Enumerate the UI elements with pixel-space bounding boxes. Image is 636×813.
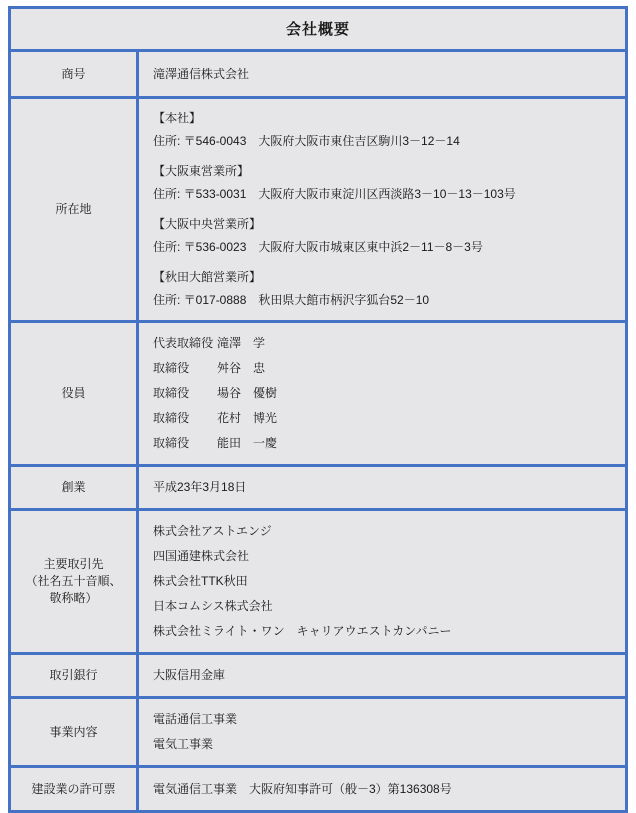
- office-address: 住所: 〒017-0888 秋田県大館市柄沢字狐台52－10: [153, 289, 615, 312]
- row-label-locations: 所在地: [11, 99, 136, 320]
- business-item: 電気工事業: [153, 732, 615, 757]
- row-value-business: 電話通信工事業 電気工事業: [139, 699, 625, 765]
- clients-label-line: （社名五十音順、: [25, 573, 121, 590]
- row-value-locations: 【本社】 住所: 〒546-0043 大阪府大阪市東住吉区駒川3－12－14 【…: [139, 99, 625, 320]
- row-value-founded: 平成23年3月18日: [139, 467, 625, 508]
- officer-name: 舛谷 忠: [217, 361, 265, 375]
- office-akita-odate: 【秋田大館営業所】 住所: 〒017-0888 秋田県大館市柄沢字狐台52－10: [153, 266, 615, 312]
- office-name: 【大阪中央営業所】: [153, 213, 615, 236]
- officer-role: 取締役: [153, 406, 217, 431]
- office-name: 【秋田大館営業所】: [153, 266, 615, 289]
- row-label-bank: 取引銀行: [11, 655, 136, 696]
- row-value-clients: 株式会社アストエンジ 四国通建株式会社 株式会社TTK秋田 日本コムシス株式会社…: [139, 511, 625, 652]
- clients-label-line: 敬称略）: [49, 590, 97, 607]
- officer-entry: 取締役花村 博光: [153, 406, 615, 431]
- row-label-officers: 役員: [11, 323, 136, 464]
- page: 会社概要 商号 滝澤通信株式会社 所在地 【本社】 住所: 〒546-0043 …: [0, 0, 636, 759]
- client-company: 株式会社ミライト・ワン キャリアウエストカンパニー: [153, 619, 615, 644]
- row-value-bank: 大阪信用金庫: [139, 655, 625, 696]
- officer-name: 場谷 優樹: [217, 386, 277, 400]
- row-label-clients: 主要取引先 （社名五十音順、 敬称略）: [11, 511, 136, 652]
- client-company: 株式会社アストエンジ: [153, 519, 615, 544]
- row-label-permit: 建設業の許可票: [11, 768, 136, 810]
- office-head-office: 【本社】 住所: 〒546-0043 大阪府大阪市東住吉区駒川3－12－14: [153, 107, 615, 153]
- company-overview-table: 会社概要 商号 滝澤通信株式会社 所在地 【本社】 住所: 〒546-0043 …: [8, 6, 628, 813]
- officer-entry: 取締役場谷 優樹: [153, 381, 615, 406]
- officer-entry: 代表取締役滝澤 学: [153, 331, 615, 356]
- office-address: 住所: 〒536-0023 大阪府大阪市城東区東中浜2－11－8－3号: [153, 236, 615, 259]
- trade-name-text: 滝澤通信株式会社: [153, 62, 615, 87]
- officer-role: 取締役: [153, 381, 217, 406]
- office-osaka-east: 【大阪東営業所】 住所: 〒533-0031 大阪府大阪市東淀川区西淡路3－10…: [153, 160, 615, 206]
- row-value-permit: 電気通信工事業 大阪府知事許可（般－3）第136308号: [139, 768, 625, 810]
- officer-name: 花村 博光: [217, 411, 277, 425]
- clients-label-line: 主要取引先: [43, 556, 103, 573]
- row-label-trade-name: 商号: [11, 52, 136, 96]
- officer-role: 取締役: [153, 431, 217, 456]
- business-item: 電話通信工事業: [153, 707, 615, 732]
- officer-name: 能田 一慶: [217, 436, 277, 450]
- office-address: 住所: 〒546-0043 大阪府大阪市東住吉区駒川3－12－14: [153, 130, 615, 153]
- office-address: 住所: 〒533-0031 大阪府大阪市東淀川区西淡路3－10－13－103号: [153, 183, 615, 206]
- officer-role: 代表取締役: [153, 331, 217, 356]
- client-company: 株式会社TTK秋田: [153, 569, 615, 594]
- row-value-officers: 代表取締役滝澤 学 取締役舛谷 忠 取締役場谷 優樹 取締役花村 博光 取締役能…: [139, 323, 625, 464]
- row-label-business: 事業内容: [11, 699, 136, 765]
- table-title: 会社概要: [11, 9, 625, 49]
- client-company: 四国通建株式会社: [153, 544, 615, 569]
- permit-text: 電気通信工事業 大阪府知事許可（般－3）第136308号: [153, 777, 615, 802]
- founded-date: 平成23年3月18日: [153, 475, 615, 500]
- officer-role: 取締役: [153, 356, 217, 381]
- row-label-founded: 創業: [11, 467, 136, 508]
- officer-name: 滝澤 学: [217, 336, 265, 350]
- row-value-trade-name: 滝澤通信株式会社: [139, 52, 625, 96]
- office-name: 【大阪東営業所】: [153, 160, 615, 183]
- client-company: 日本コムシス株式会社: [153, 594, 615, 619]
- officer-entry: 取締役舛谷 忠: [153, 356, 615, 381]
- bank-name: 大阪信用金庫: [153, 663, 615, 688]
- office-name: 【本社】: [153, 107, 615, 130]
- office-osaka-central: 【大阪中央営業所】 住所: 〒536-0023 大阪府大阪市城東区東中浜2－11…: [153, 213, 615, 259]
- officer-entry: 取締役能田 一慶: [153, 431, 615, 456]
